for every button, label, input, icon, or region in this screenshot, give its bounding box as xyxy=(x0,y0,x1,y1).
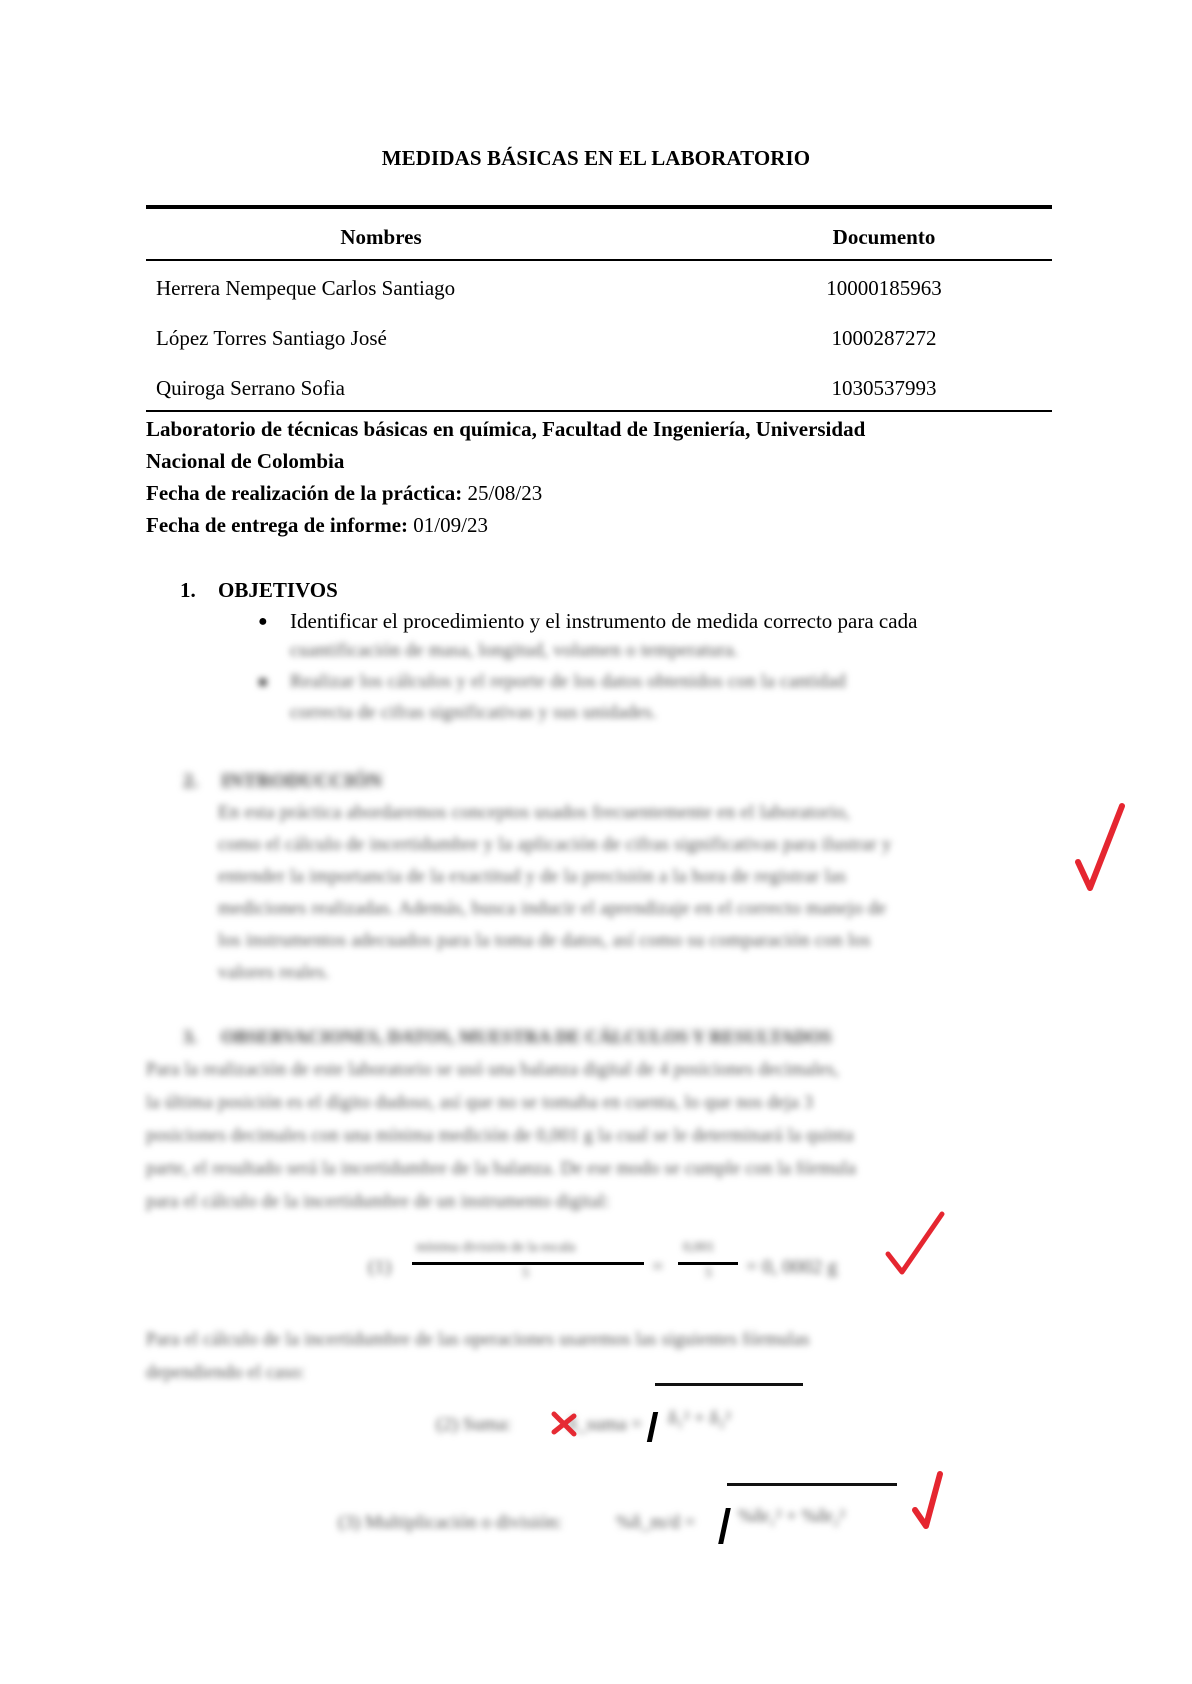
student-document: 1000287272 xyxy=(716,326,1052,351)
affiliation: Laboratorio de técnicas básicas en quími… xyxy=(146,413,865,541)
fraction-bar xyxy=(412,1262,644,1265)
affiliation-line-1: Laboratorio de técnicas básicas en quími… xyxy=(146,417,865,441)
objective-1-line-1: Identificar el procedimiento y el instru… xyxy=(290,609,917,634)
section-results-heading: 3.OBSERVACIONES, DATOS, MUESTRA DE CÁLCU… xyxy=(183,1028,832,1049)
table-top-rule xyxy=(146,205,1052,209)
objective-2-line-1: Realizar los cálculos y el reporte de lo… xyxy=(290,671,846,693)
bullet-dot-icon: ● xyxy=(258,613,268,631)
fraction-bar xyxy=(678,1262,738,1265)
table-header-rule xyxy=(146,259,1052,261)
student-name: Quiroga Serrano Sofia xyxy=(156,376,345,401)
report-date-label: Fecha de entrega de informe: xyxy=(146,513,408,537)
bullet-dot-icon: ■ xyxy=(258,674,268,692)
table-bottom-rule xyxy=(146,410,1052,412)
student-name: Herrera Nempeque Carlos Santiago xyxy=(156,276,455,301)
practice-date-label: Fecha de realización de la práctica: xyxy=(146,481,462,505)
sqrt-overline xyxy=(655,1383,803,1387)
check-mark-icon xyxy=(910,1468,950,1538)
section-objectives-heading: 1.OBJETIVOS xyxy=(180,578,338,603)
student-document: 10000185963 xyxy=(716,276,1052,301)
document-title: MEDIDAS BÁSICAS EN EL LABORATORIO xyxy=(0,146,1192,171)
table-header-document: Documento xyxy=(716,225,1052,250)
affiliation-line-2: Nacional de Colombia xyxy=(146,449,344,473)
student-name: López Torres Santiago José xyxy=(156,326,387,351)
student-document: 1030537993 xyxy=(716,376,1052,401)
table-header-names: Nombres xyxy=(146,225,616,250)
practice-date-value: 25/08/23 xyxy=(468,481,543,505)
document-page: MEDIDAS BÁSICAS EN EL LABORATORIO Nombre… xyxy=(0,0,1192,1684)
report-date-value: 01/09/23 xyxy=(413,513,488,537)
section-introduction-heading: 2.INTRODUCCIÓN xyxy=(183,770,382,793)
sqrt-radical xyxy=(718,1508,731,1544)
report-date: Fecha de entrega de informe: 01/09/23 xyxy=(146,509,865,541)
check-mark-icon xyxy=(880,1204,950,1284)
check-mark-icon xyxy=(1072,800,1132,900)
objective-1-line-2: cuantificación de masa, longitud, volume… xyxy=(290,640,739,662)
cross-mark-icon xyxy=(550,1410,578,1438)
practice-date: Fecha de realización de la práctica: 25/… xyxy=(146,477,865,509)
objective-2-line-2: correcta de cifras significativas y sus … xyxy=(290,702,657,724)
sqrt-radical xyxy=(647,1412,658,1442)
sqrt-overline xyxy=(727,1483,897,1487)
